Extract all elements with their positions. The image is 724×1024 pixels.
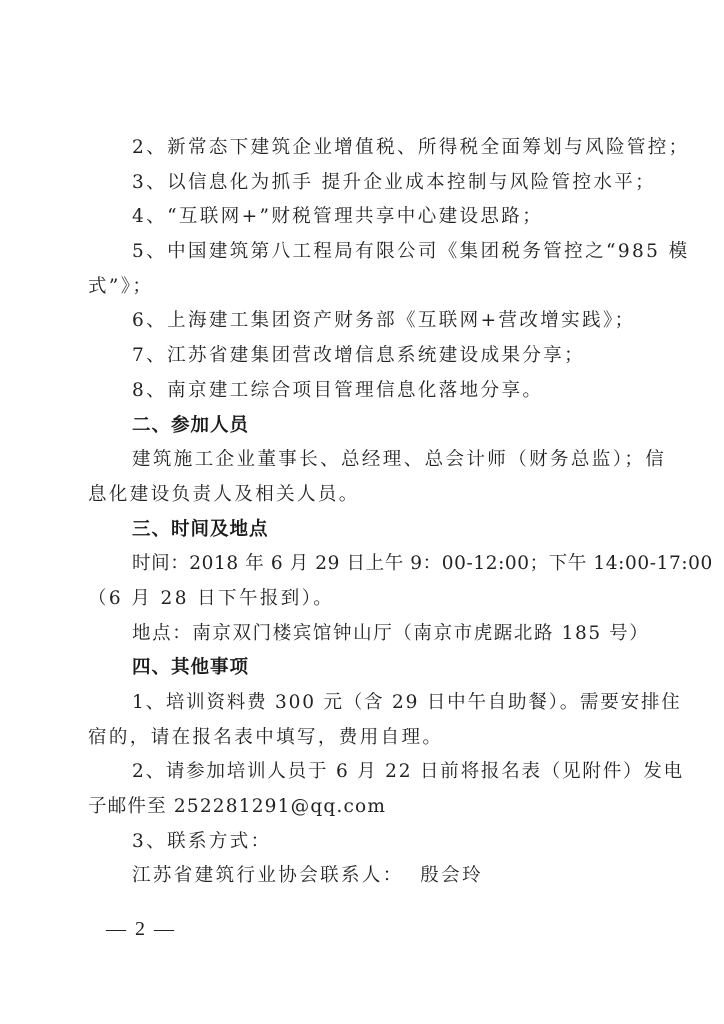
agenda-item-8: 8、南京建工综合项目管理信息化落地分享。 [88, 374, 636, 409]
agenda-item-3: 3、以信息化为抓手 提升企业成本控制与风险管控水平； [88, 166, 636, 201]
agenda-item-6: 6、上海建工集团资产财务部《互联网+营改增实践》； [88, 304, 636, 339]
agenda-item-2: 2、新常态下建筑企业增值税、所得税全面筹划与风险管控； [88, 131, 636, 166]
contact-method-label: 3、联系方式： [88, 825, 636, 860]
registration-line2-email: 子邮件至 252281291@qq.com [88, 790, 636, 825]
time-line1: 时间：2018 年 6 月 29 日上午 9：00-12:00；下午 14:00… [88, 547, 636, 582]
document-page: 2、新常态下建筑企业增值税、所得税全面筹划与风险管控； 3、以信息化为抓手 提升… [88, 131, 636, 894]
contact-person: 江苏省建筑行业协会联系人： 殷会玲 [88, 859, 636, 894]
agenda-item-5-continuation: 式”》； [88, 270, 636, 305]
page-number: — 2 — [106, 918, 176, 941]
time-place-heading: 三、时间及地点 [88, 513, 636, 548]
participants-text-line2: 息化建设负责人及相关人员。 [88, 478, 636, 513]
participants-text-line1: 建筑施工企业董事长、总经理、总会计师（财务总监）；信 [88, 443, 636, 478]
agenda-item-7: 7、江苏省建集团营改增信息系统建设成果分享； [88, 339, 636, 374]
registration-line1: 2、请参加培训人员于 6 月 22 日前将报名表（见附件）发电 [88, 755, 636, 790]
agenda-item-5: 5、中国建筑第八工程局有限公司《集团税务管控之“985 模 [88, 235, 636, 270]
participants-heading: 二、参加人员 [88, 409, 636, 444]
place-line: 地点：南京双门楼宾馆钟山厅（南京市虎踞北路 185 号） [88, 617, 636, 652]
other-matters-heading: 四、其他事项 [88, 651, 636, 686]
fee-line1: 1、培训资料费 300 元（含 29 日中午自助餐）。需要安排住 [88, 686, 636, 721]
time-line2: （6 月 28 日下午报到）。 [88, 582, 636, 617]
fee-line2: 宿的，请在报名表中填写，费用自理。 [88, 721, 636, 756]
agenda-item-4: 4、“互联网+”财税管理共享中心建设思路； [88, 200, 636, 235]
